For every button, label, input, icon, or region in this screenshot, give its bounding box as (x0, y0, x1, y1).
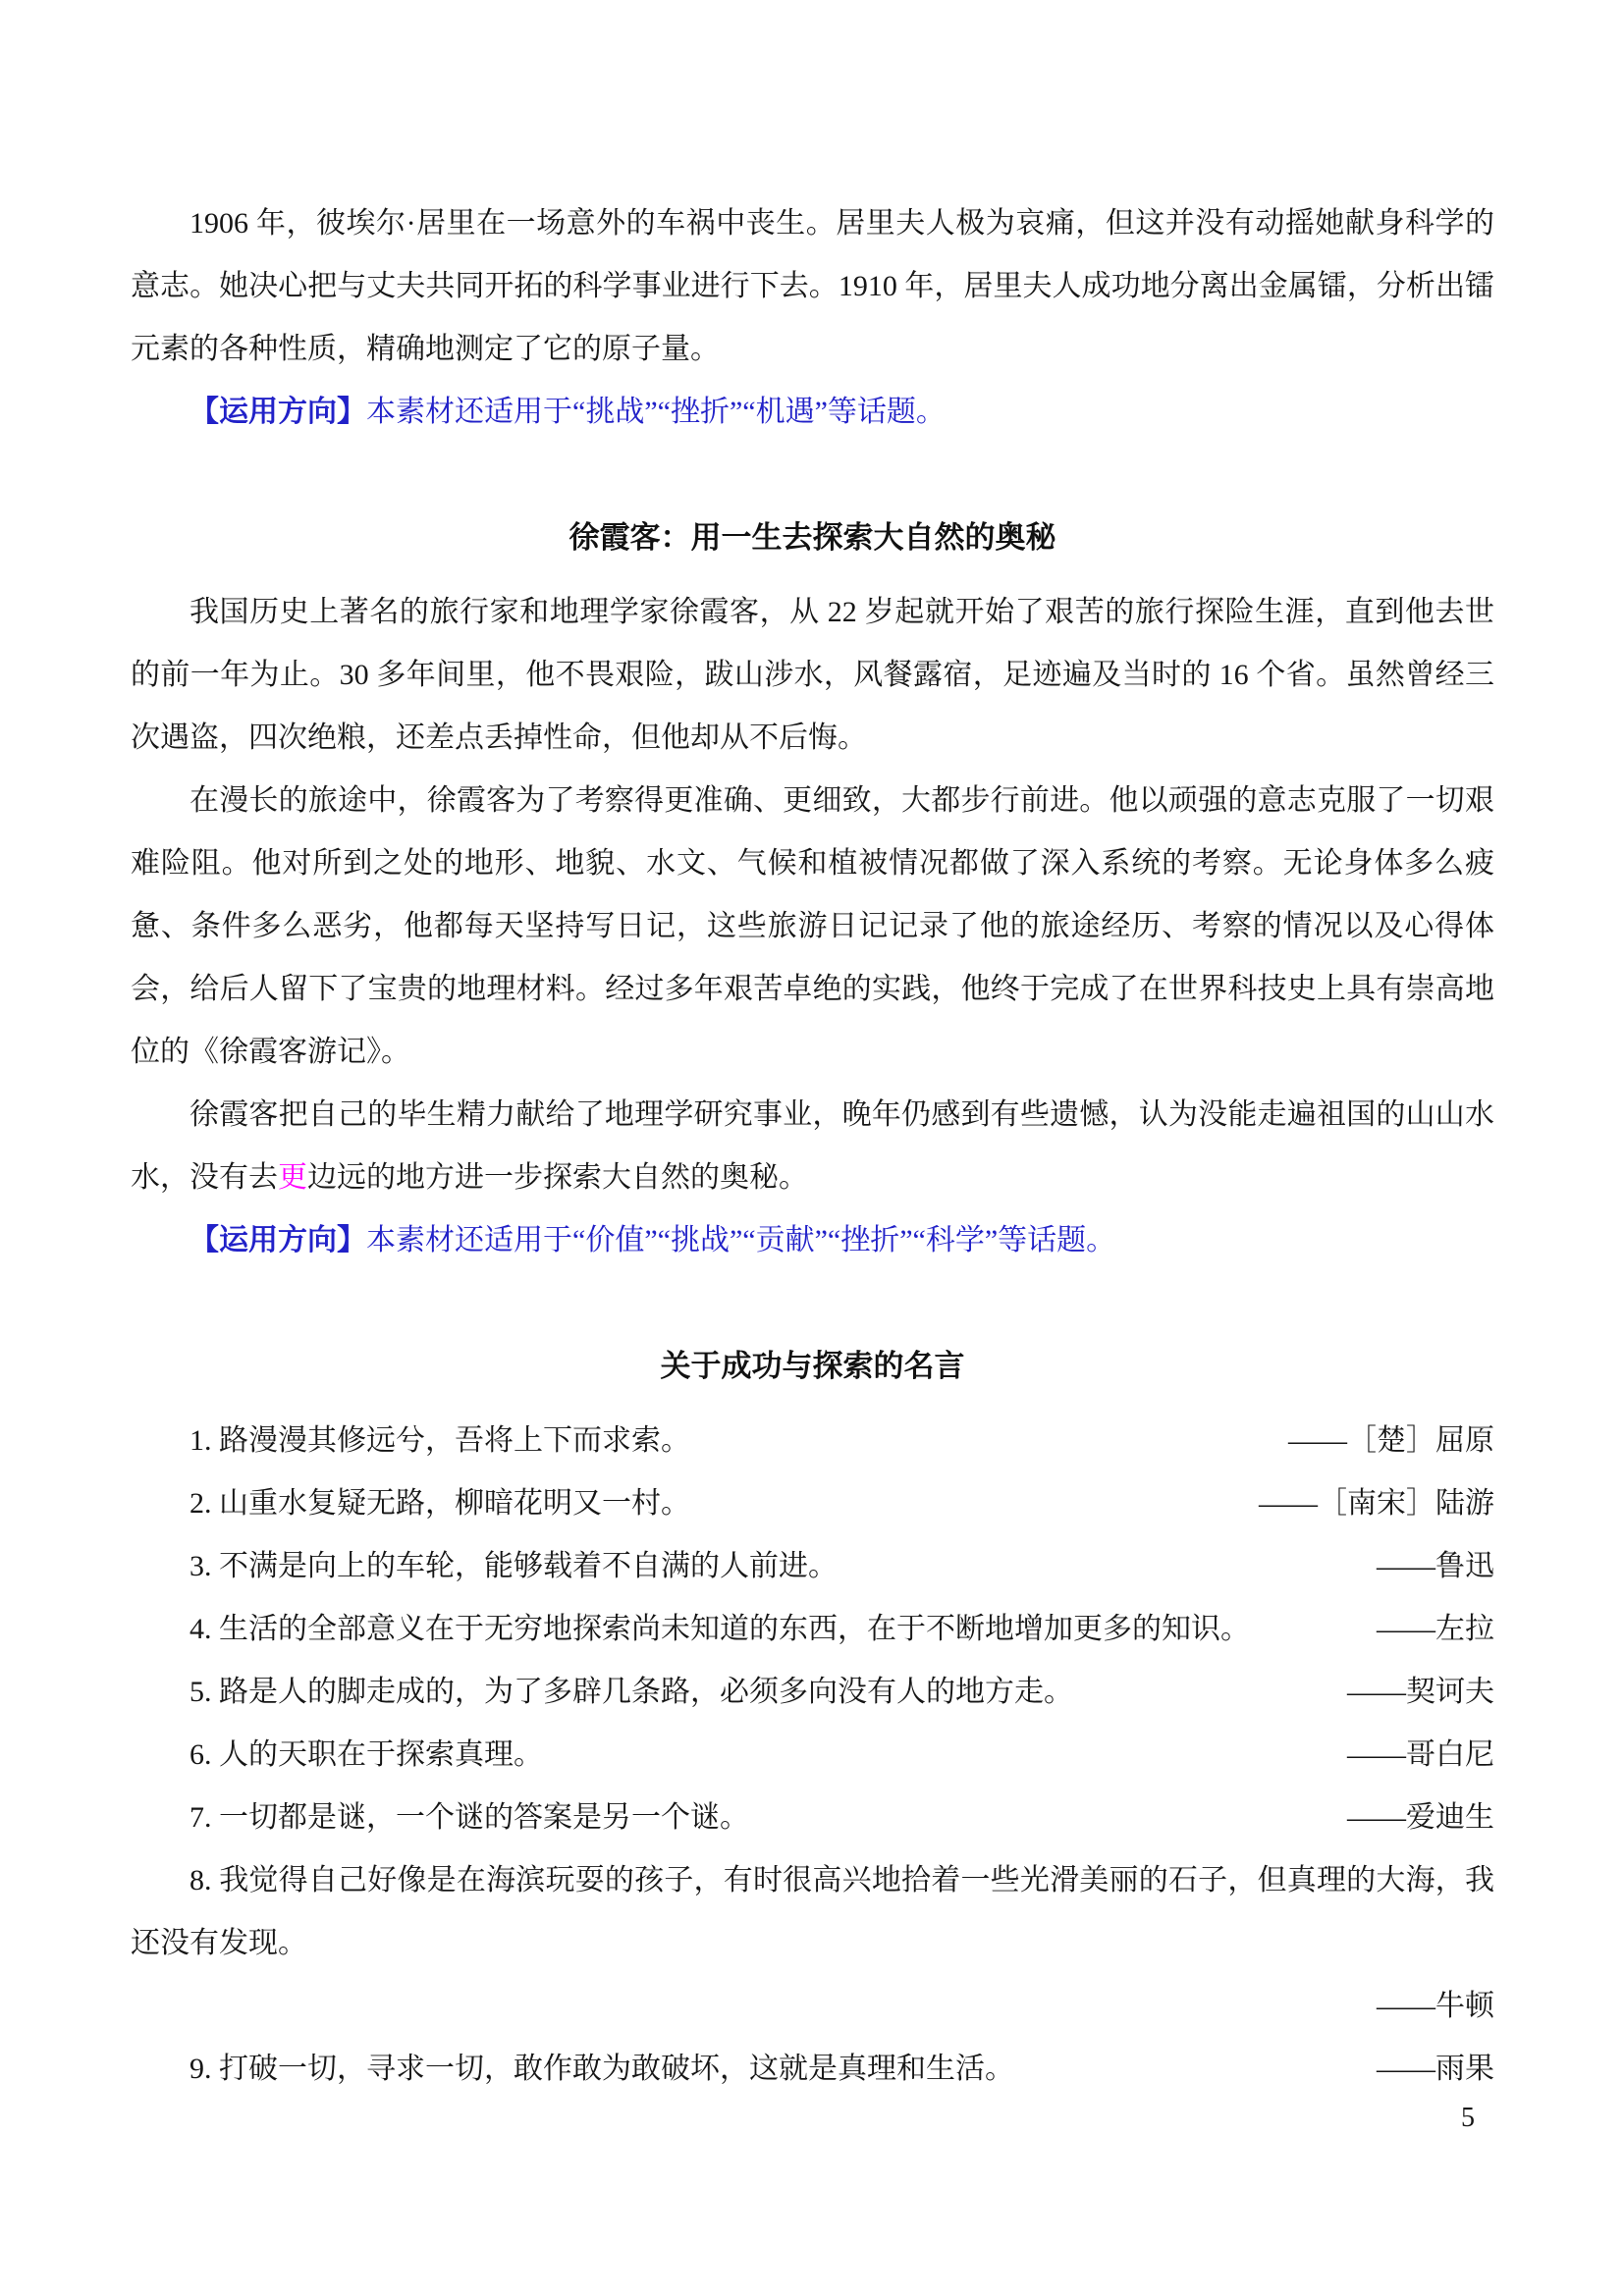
section-title-xuxiake: 徐霞客：用一生去探索大自然的奥秘 (131, 507, 1494, 569)
highlighted-character: 更 (278, 1161, 307, 1194)
xuxiake-usage-note: 【运用方向】本素材还适用于“价值”“挑战”“贡献”“挫折”“科学”等话题。 (131, 1209, 1494, 1272)
usage-direction-text: 本素材还适用于“挑战”“挫折”“机遇”等话题。 (366, 396, 946, 428)
xuxiake-paragraph-3-after: 边远的地方进一步探索大自然的奥秘。 (307, 1161, 808, 1194)
quote-item-8-author: ——牛顿 (131, 1975, 1494, 2038)
quote-item-4: 4. 生活的全部意义在于无穷地探索尚未知道的东西，在于不断地增加更多的知识。 —… (131, 1598, 1494, 1661)
quote-author: ——［楚］屈原 (1288, 1410, 1494, 1472)
quote-text: 4. 生活的全部意义在于无穷地探索尚未知道的东西，在于不断地增加更多的知识。 (131, 1598, 1250, 1661)
usage-direction-label: 【运用方向】 (189, 396, 366, 428)
quote-text: 1. 路漫漫其修远兮，吾将上下而求索。 (131, 1410, 690, 1472)
page-content: 1906 年，彼埃尔·居里在一场意外的车祸中丧生。居里夫人极为哀痛，但这并没有动… (131, 192, 1494, 2101)
xuxiake-paragraph-2: 在漫长的旅途中，徐霞客为了考察得更准确、更细致，大都步行前进。他以顽强的意志克服… (131, 770, 1494, 1084)
quote-item-6: 6. 人的天职在于探索真理。 ——哥白尼 (131, 1724, 1494, 1787)
quote-item-8-text: 8. 我觉得自己好像是在海滨玩耍的孩子，有时很高兴地拾着一些光滑美丽的石子，但真… (131, 1849, 1494, 1975)
quote-text: 7. 一切都是谜，一个谜的答案是另一个谜。 (131, 1787, 749, 1849)
curie-paragraph: 1906 年，彼埃尔·居里在一场意外的车祸中丧生。居里夫人极为哀痛，但这并没有动… (131, 192, 1494, 381)
quote-item-3: 3. 不满是向上的车轮，能够载着不自满的人前进。 ——鲁迅 (131, 1535, 1494, 1598)
quote-text: 9. 打破一切，寻求一切，敢作敢为敢破坏，这就是真理和生活。 (131, 2038, 1014, 2101)
xuxiake-paragraph-1: 我国历史上著名的旅行家和地理学家徐霞客，从 22 岁起就开始了艰苦的旅行探险生涯… (131, 581, 1494, 770)
section-title-quotes: 关于成功与探索的名言 (131, 1335, 1494, 1398)
quote-author: ——左拉 (1377, 1598, 1494, 1661)
quote-author: ——鲁迅 (1377, 1535, 1494, 1598)
curie-usage-note: 【运用方向】本素材还适用于“挑战”“挫折”“机遇”等话题。 (131, 381, 1494, 444)
quote-text: 3. 不满是向上的车轮，能够载着不自满的人前进。 (131, 1535, 838, 1598)
quote-author: ——［南宋］陆游 (1259, 1472, 1494, 1535)
quote-item-1: 1. 路漫漫其修远兮，吾将上下而求索。 ——［楚］屈原 (131, 1410, 1494, 1472)
page-number: 5 (1461, 2087, 1475, 2150)
usage-direction-text: 本素材还适用于“价值”“挑战”“贡献”“挫折”“科学”等话题。 (366, 1224, 1115, 1256)
quote-item-5: 5. 路是人的脚走成的，为了多辟几条路，必须多向没有人的地方走。 ——契诃夫 (131, 1661, 1494, 1724)
quote-item-2: 2. 山重水复疑无路，柳暗花明又一村。 ——［南宋］陆游 (131, 1472, 1494, 1535)
quote-item-7: 7. 一切都是谜，一个谜的答案是另一个谜。 ——爱迪生 (131, 1787, 1494, 1849)
quote-author: ——雨果 (1377, 2038, 1494, 2101)
quote-author: ——契诃夫 (1347, 1661, 1494, 1724)
quote-item-9: 9. 打破一切，寻求一切，敢作敢为敢破坏，这就是真理和生活。 ——雨果 (131, 2038, 1494, 2101)
quote-text: 2. 山重水复疑无路，柳暗花明又一村。 (131, 1472, 690, 1535)
xuxiake-paragraph-3: 徐霞客把自己的毕生精力献给了地理学研究事业，晚年仍感到有些遗憾，认为没能走遍祖国… (131, 1084, 1494, 1209)
usage-direction-label: 【运用方向】 (189, 1224, 366, 1256)
quote-author: ——爱迪生 (1347, 1787, 1494, 1849)
quote-text: 5. 路是人的脚走成的，为了多辟几条路，必须多向没有人的地方走。 (131, 1661, 1073, 1724)
quote-author: ——哥白尼 (1347, 1724, 1494, 1787)
quote-text: 6. 人的天职在于探索真理。 (131, 1724, 543, 1787)
